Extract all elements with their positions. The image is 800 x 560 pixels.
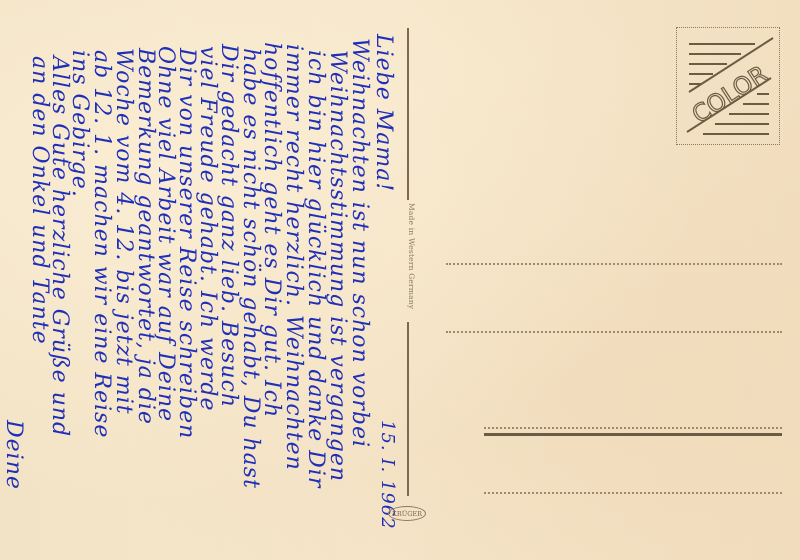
message-line: Dir gedacht ganz lieb. Besuch	[217, 44, 239, 408]
stamp-box: COLOR	[676, 27, 780, 145]
signature: Deine	[2, 420, 24, 490]
message-line: an den Onkel und Tante	[28, 56, 50, 345]
center-divider-bottom	[407, 322, 409, 496]
publisher-logo: KRÜGER	[388, 506, 426, 521]
message-line: immer recht herzlich. Weihnachten	[282, 44, 304, 471]
address-line-3[interactable]	[484, 427, 782, 429]
imprint-text: Made in Western Germany	[400, 203, 416, 321]
message-line: ich bin hier glücklich und danke Dir	[304, 50, 326, 488]
message-line: habe es nicht schön gehabt, Du hast	[239, 48, 261, 489]
message-line: Liebe Mama!	[372, 34, 394, 192]
message-line: ab 12. 1. machen wir eine Reise	[90, 50, 112, 438]
message-line: Dir von unserer Reise schreiben	[175, 48, 197, 439]
address-line-1[interactable]	[446, 263, 782, 265]
handwritten-message: Liebe Mama! Weihnachten ist nun schon vo…	[0, 0, 400, 560]
message-line: Woche vom 4. 12. bis jetzt mit	[112, 48, 134, 415]
address-underline	[484, 433, 782, 436]
center-divider-top	[407, 28, 409, 200]
address-line-2[interactable]	[446, 331, 782, 333]
message-line: Weihnachten ist nun schon vorbei	[348, 38, 370, 448]
postcard-back: Liebe Mama! Weihnachten ist nun schon vo…	[0, 0, 800, 560]
message-line: Bemerkung geantwortet, ja die	[134, 48, 156, 425]
message-line: viel Freude gehabt. Ich werde	[196, 46, 218, 412]
message-line: Weihnachtsstimmung ist vergangen	[326, 50, 348, 482]
color-stamp-icon: COLOR	[677, 28, 778, 143]
message-line: hoffentlich geht es Dir gut. Ich	[260, 42, 282, 418]
address-line-4[interactable]	[484, 492, 782, 494]
